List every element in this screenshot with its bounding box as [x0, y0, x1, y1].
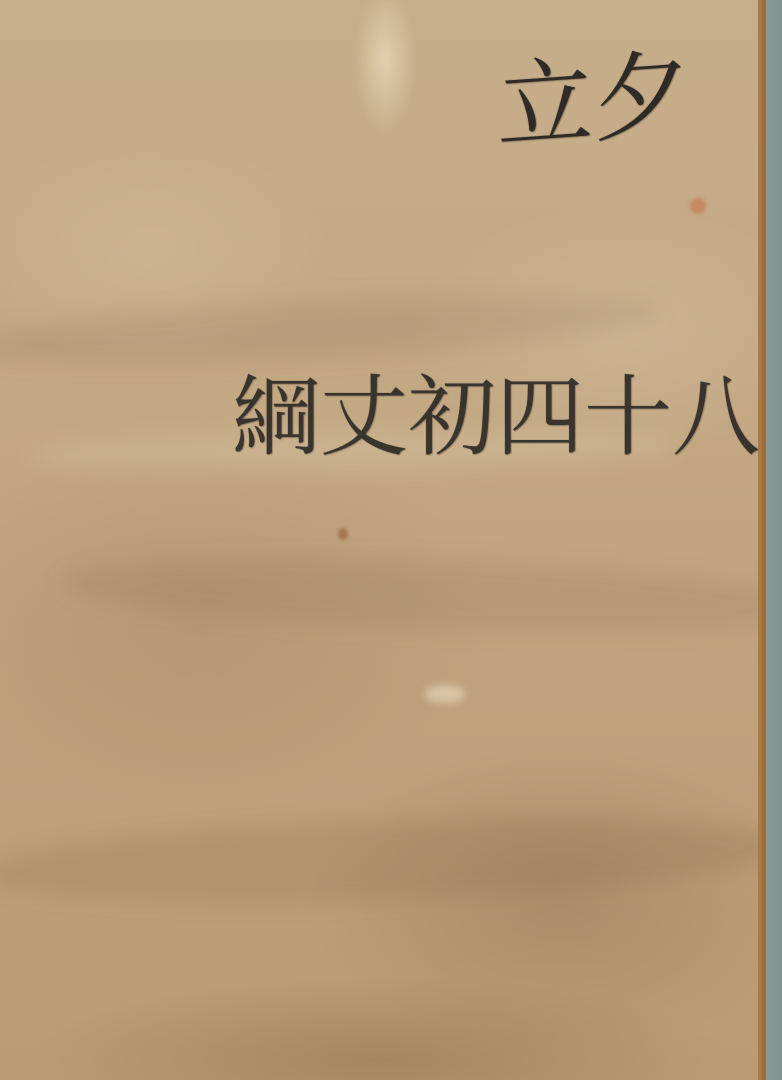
foxing-spot — [690, 198, 706, 214]
signature-column: 八 十 四 初 丈 綱 — [225, 370, 753, 482]
signature-char: 丈 — [313, 370, 401, 482]
mount-edge — [762, 0, 766, 1080]
title-column: 夕 立 — [490, 43, 682, 212]
signature-char: 綱 — [225, 370, 313, 482]
signature-char: 八 — [665, 370, 753, 482]
paper-wrinkle — [59, 547, 782, 643]
water-stain — [345, 0, 425, 190]
paper-abrasion — [425, 685, 465, 703]
foxing-spot — [338, 528, 348, 540]
calligraphy-scroll: 夕 立 八 十 四 初 丈 綱 — [0, 0, 782, 1080]
paper-wrinkle — [0, 806, 782, 915]
signature-char: 四 — [489, 370, 577, 482]
title-char: 夕 — [586, 43, 682, 206]
paper-wrinkle — [0, 282, 661, 379]
signature-char: 十 — [577, 370, 665, 482]
signature-char: 初 — [401, 370, 489, 482]
title-char: 立 — [490, 50, 586, 213]
